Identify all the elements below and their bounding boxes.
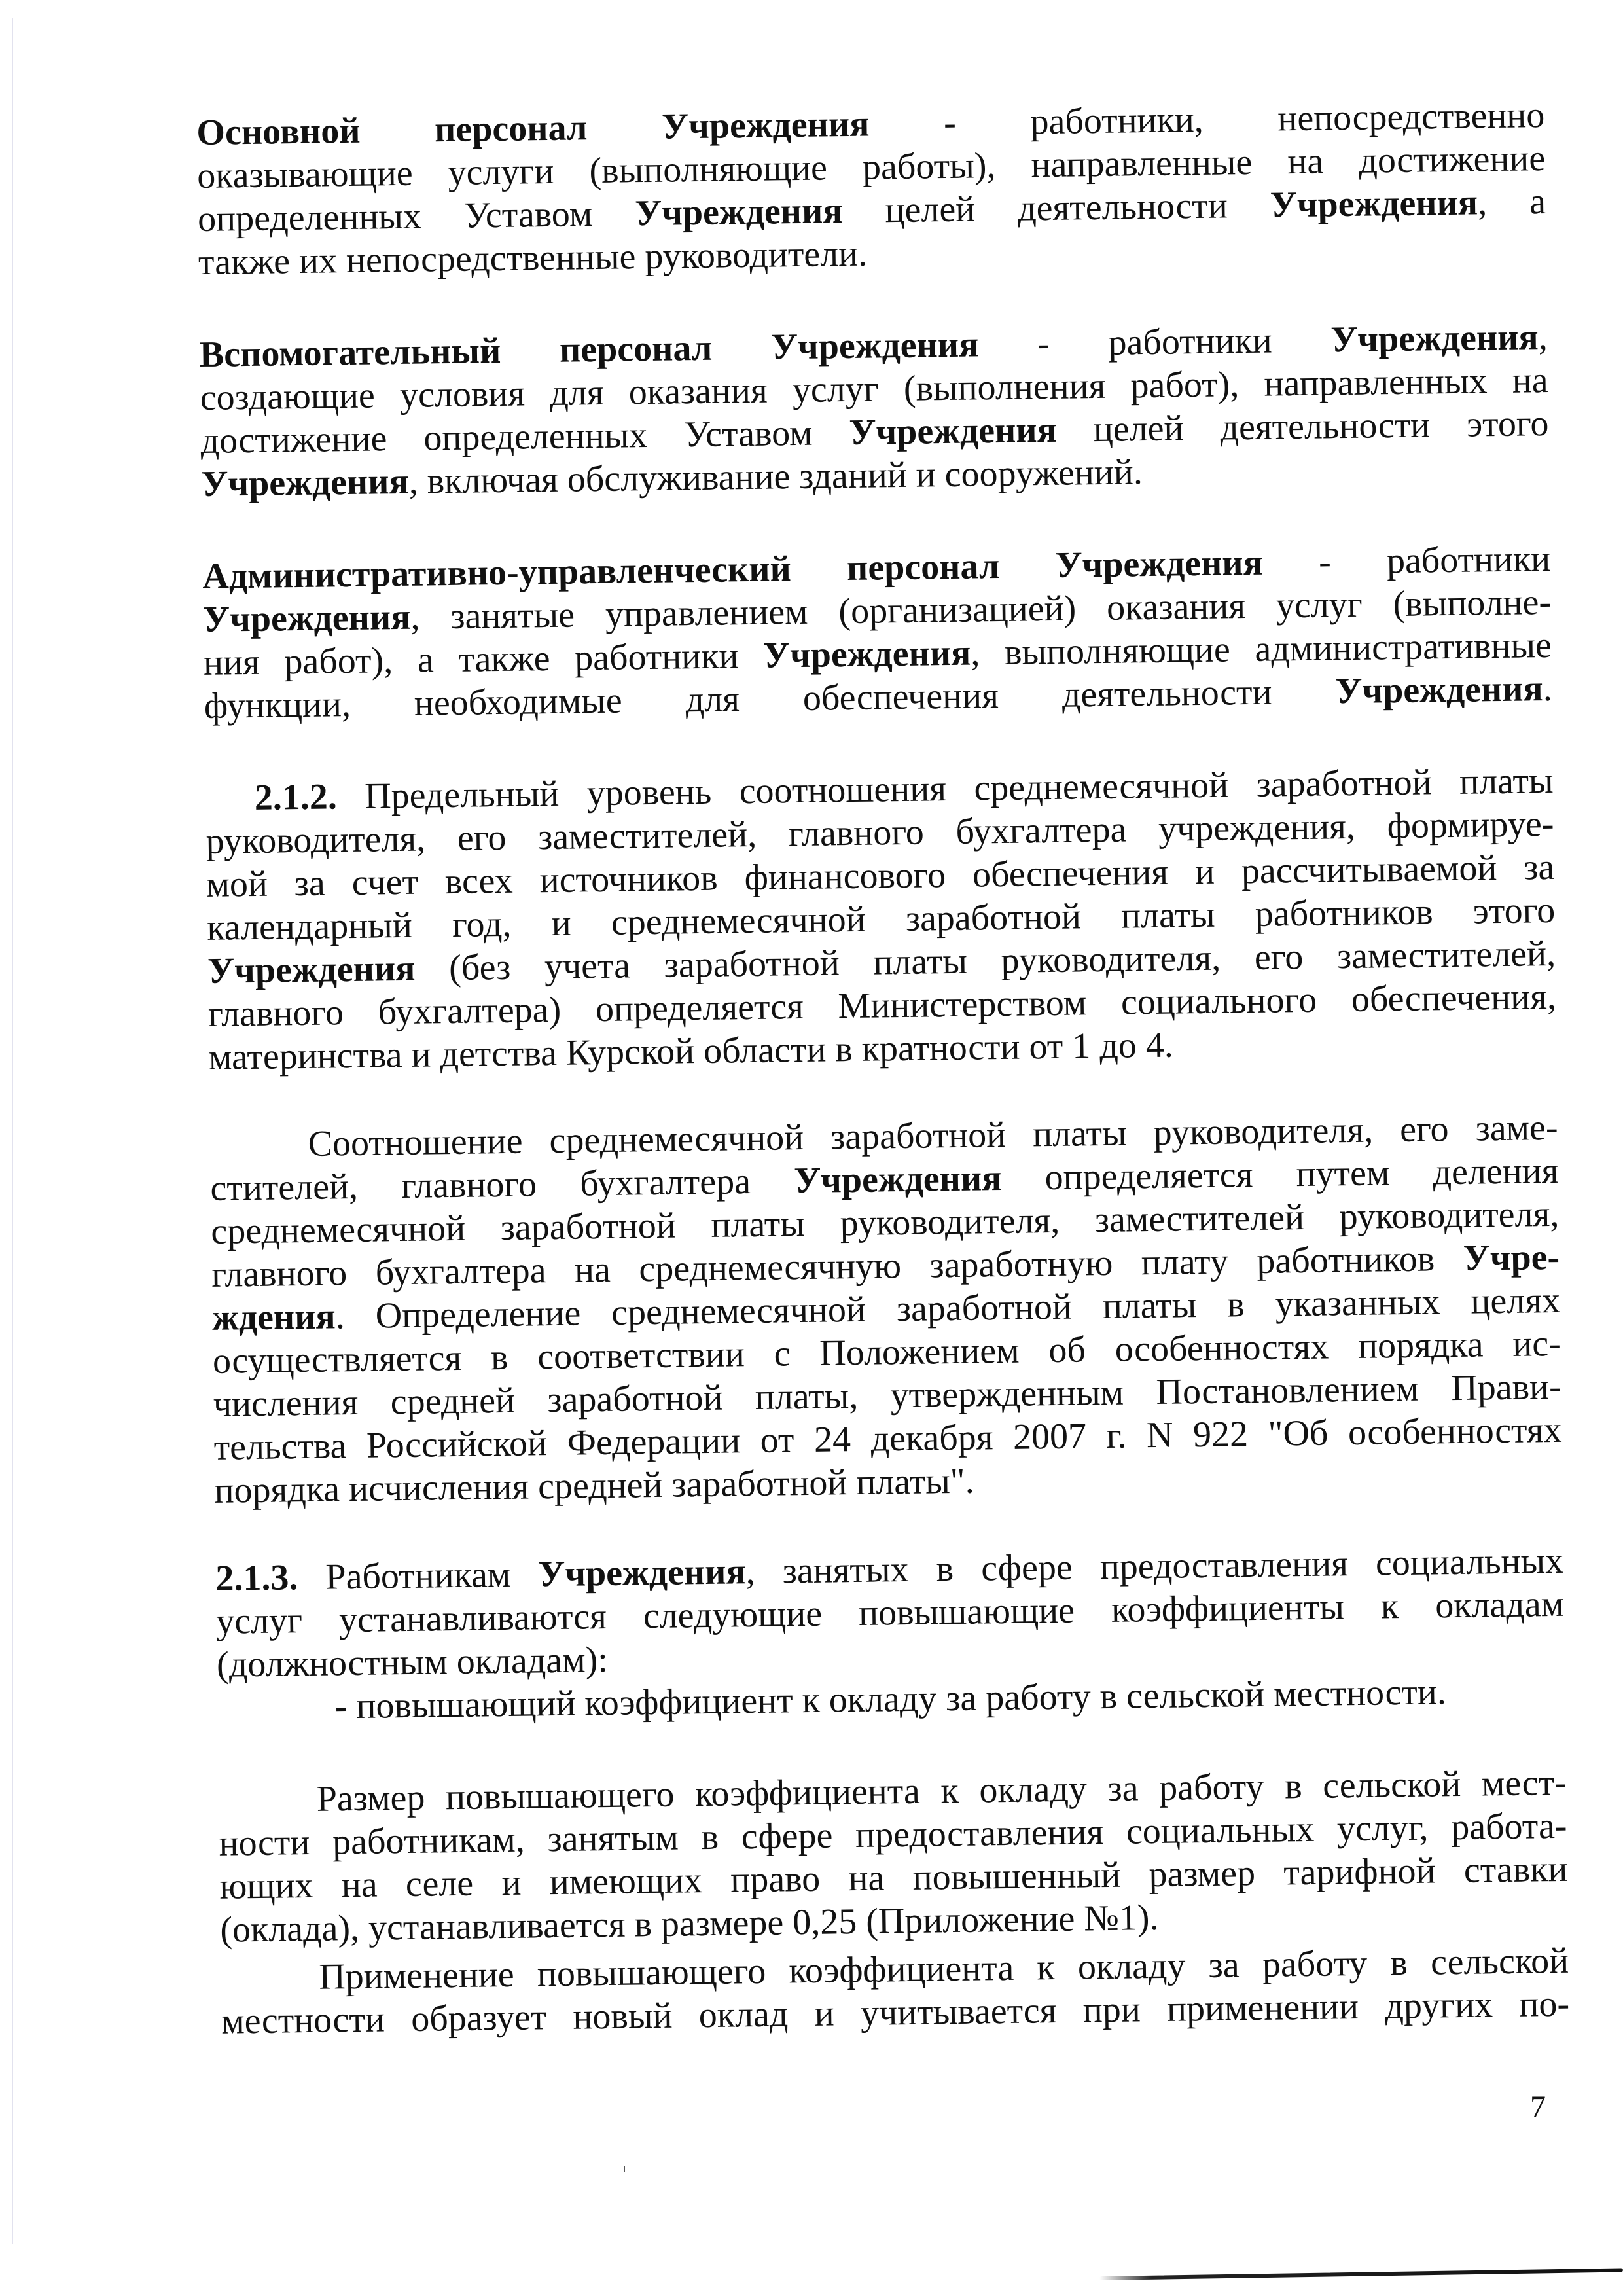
term-main-staff: Основной персонал Учреждения [196,104,870,153]
section-2-1-3: 2.1.3. Работникам Учреждения, занятых в … [215,1539,1565,1730]
definition-support-staff: Вспомогательный персонал Учреждения - ра… [199,315,1549,506]
rural-coefficient-paragraph: Размер повышающего коэффициента к окладу… [218,1761,1568,1952]
definition-main-staff: Основной персонал Учреждения - работники… [196,94,1546,284]
scan-bottom-edge [1099,2268,1623,2280]
section-number: 2.1.3. [215,1557,298,1599]
page-number: 7 [1530,2089,1546,2125]
scan-page-edge [12,18,13,2244]
section-number: 2.1.2. [254,776,337,818]
definition-admin-staff: Административно-управленческий персонал … [202,537,1552,728]
document-page: Основной персонал Учреждения - работники… [196,94,1569,2043]
section-2-1-2: 2.1.2. Предельный уровень соотношения ср… [205,759,1557,1079]
scan-artifact [624,2166,625,2172]
ratio-paragraph: Соотношение среднемесячной заработной пл… [209,1106,1563,1513]
application-paragraph: Применение повышающего коэффициента к ок… [221,1939,1570,2043]
